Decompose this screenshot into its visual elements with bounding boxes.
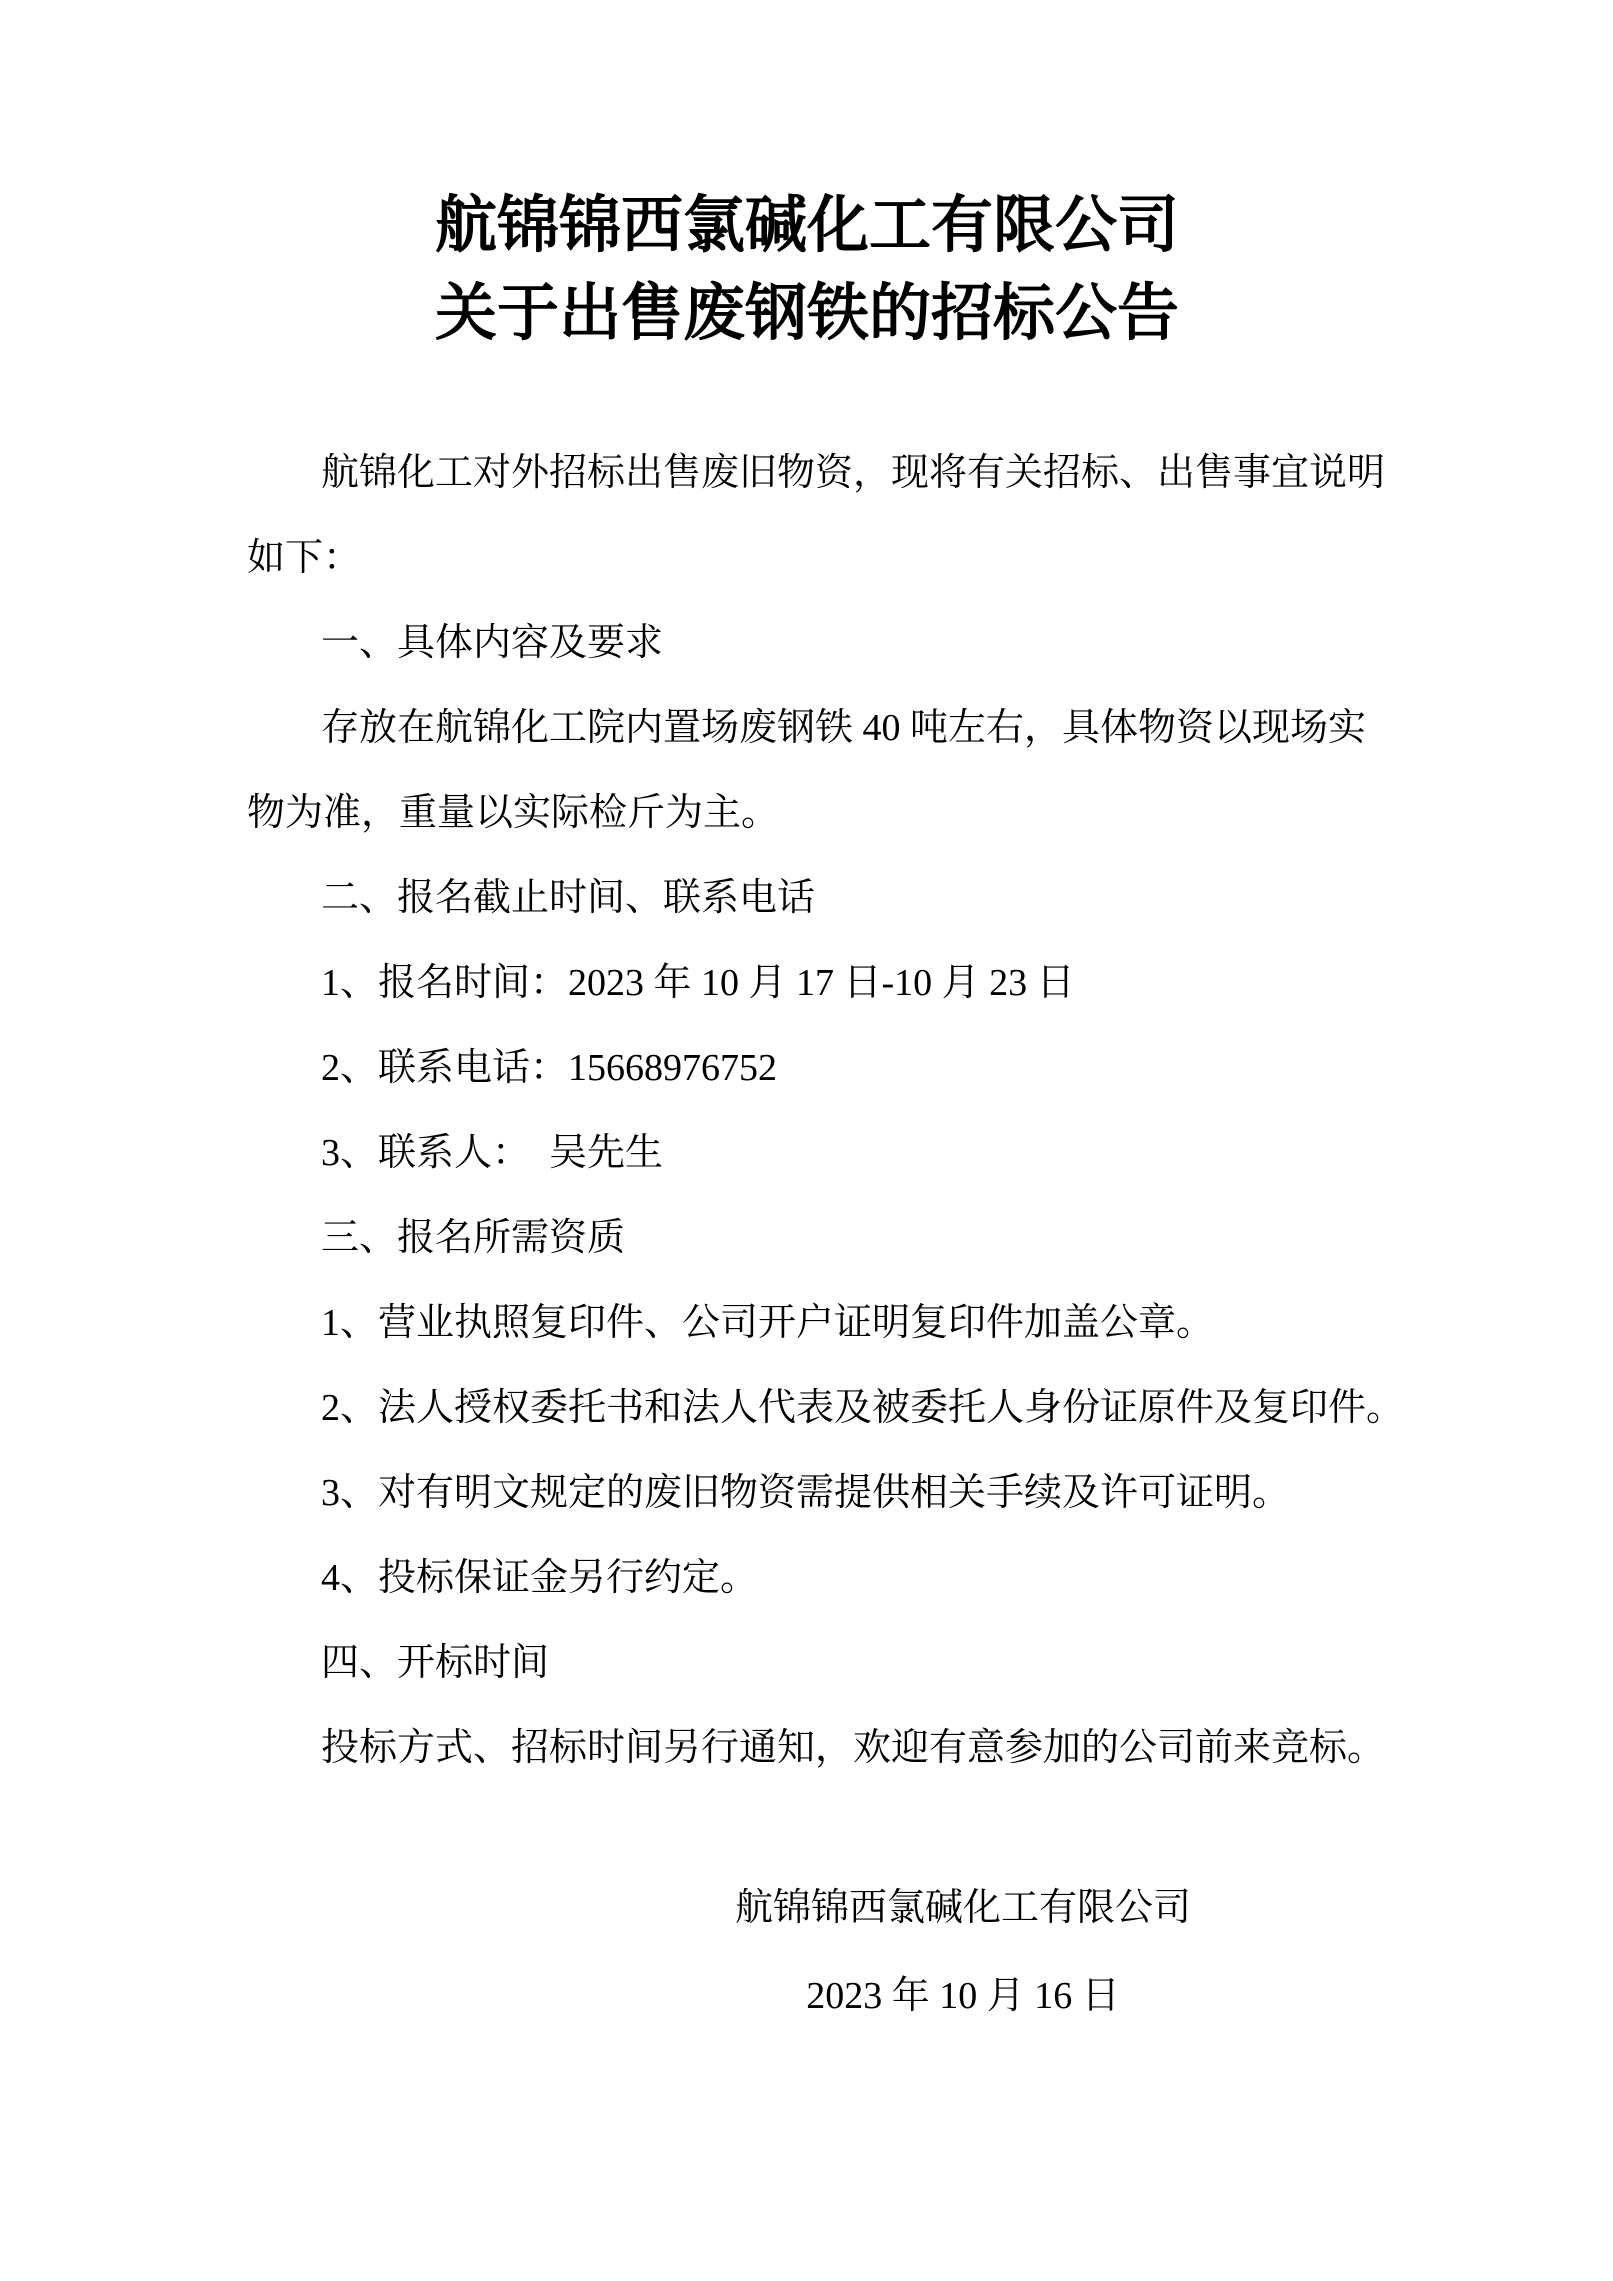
document-body: 航锦化工对外招标出售废旧物资，现将有关招标、出售事宜说明如下：一、具体内容及要求…: [247, 431, 1367, 1791]
body-line: 1、营业执照复印件、公司开户证明复印件加盖公章。: [247, 1281, 1367, 1366]
body-line: 4、投标保证金另行约定。: [247, 1536, 1367, 1621]
body-line: 3、对有明文规定的废旧物资需提供相关手续及许可证明。: [247, 1451, 1367, 1536]
body-line: 2、联系电话：15668976752: [247, 1026, 1367, 1111]
body-line: 三、报名所需资质: [247, 1196, 1367, 1281]
document-content: 航锦锦西氯碱化工有限公司 关于出售废钢铁的招标公告 航锦化工对外招标出售废旧物资…: [0, 0, 1613, 2040]
body-line: 投标方式、招标时间另行通知，欢迎有意参加的公司前来竞标。: [247, 1706, 1367, 1791]
title-line-1: 航锦锦西氯碱化工有限公司: [247, 182, 1367, 270]
body-line: 四、开标时间: [247, 1621, 1367, 1706]
body-line: 航锦化工对外招标出售废旧物资，现将有关招标、出售事宜说明: [247, 431, 1367, 516]
body-line: 3、联系人： 吴先生: [247, 1111, 1367, 1196]
body-line: 物为准，重量以实际检斤为主。: [247, 771, 1367, 856]
document-page: 航锦锦西氯碱化工有限公司 关于出售废钢铁的招标公告 航锦化工对外招标出售废旧物资…: [0, 0, 1613, 2281]
signature-block: 航锦锦西氯碱化工有限公司 2023 年 10 月 16 日: [403, 1864, 1523, 2040]
title-line-2: 关于出售废钢铁的招标公告: [247, 270, 1367, 358]
body-line: 一、具体内容及要求: [247, 601, 1367, 686]
body-line: 2、法人授权委托书和法人代表及被委托人身份证原件及复印件。: [247, 1366, 1367, 1451]
body-line: 二、报名截止时间、联系电话: [247, 856, 1367, 941]
signature-date: 2023 年 10 月 16 日: [403, 1952, 1523, 2040]
document-title: 航锦锦西氯碱化工有限公司 关于出售废钢铁的招标公告: [247, 182, 1367, 358]
body-line: 1、报名时间：2023 年 10 月 17 日-10 月 23 日: [247, 941, 1367, 1026]
signature-company: 航锦锦西氯碱化工有限公司: [403, 1864, 1523, 1952]
body-line: 如下：: [247, 516, 1367, 601]
body-line: 存放在航锦化工院内置场废钢铁 40 吨左右，具体物资以现场实: [247, 686, 1367, 771]
